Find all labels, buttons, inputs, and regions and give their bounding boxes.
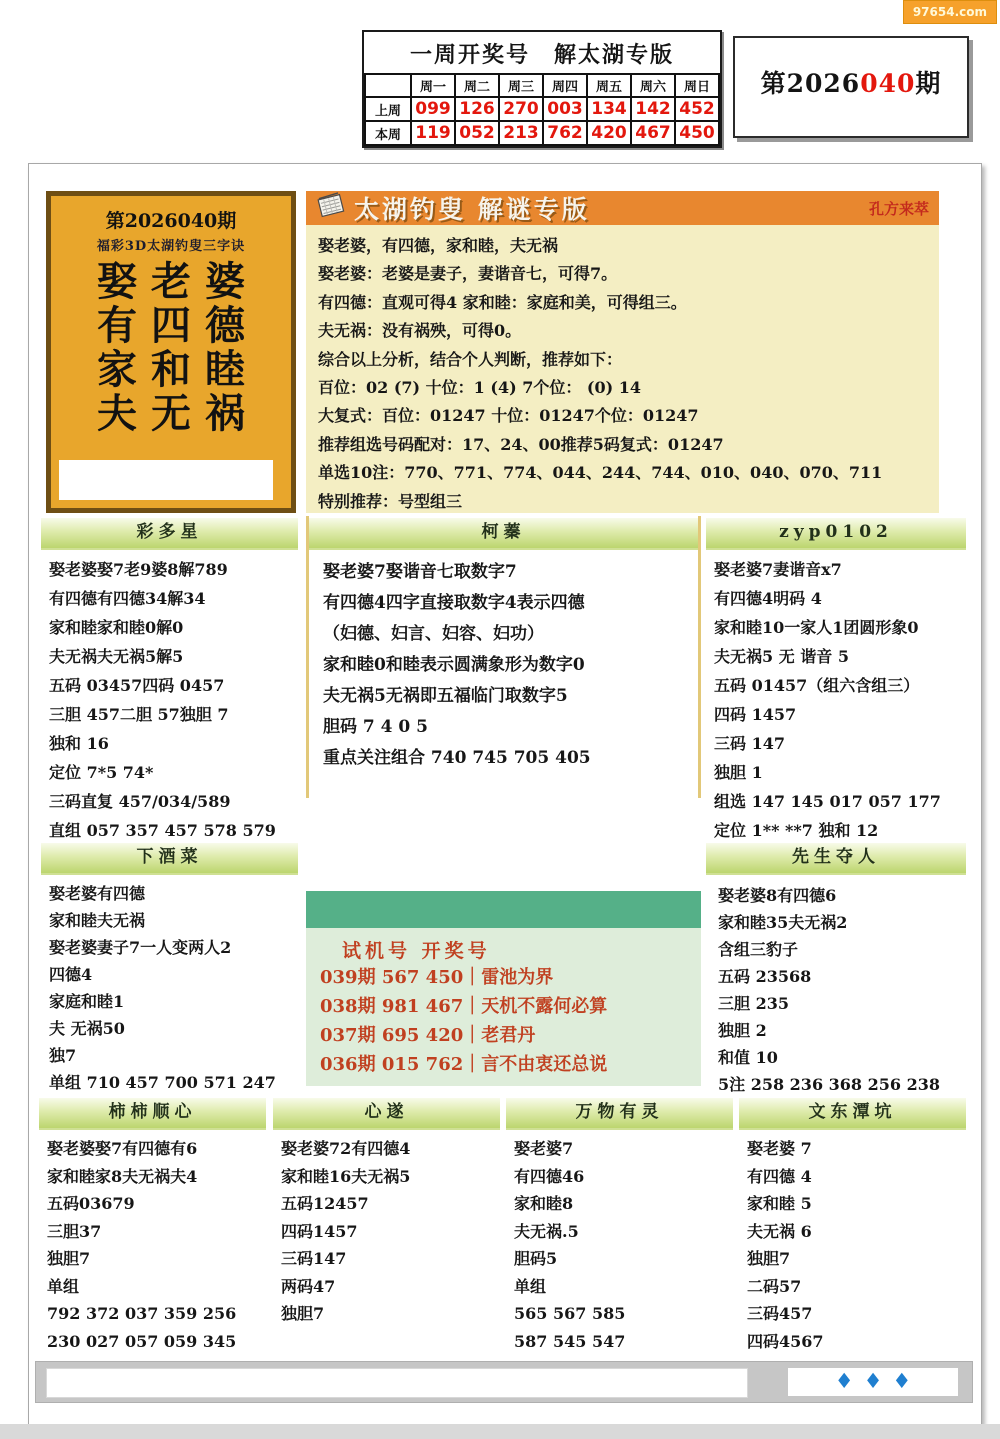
weekday-header: 周五	[587, 74, 631, 97]
section-header: 柿柿顺心	[39, 1096, 266, 1130]
text-line: 五码 01457（组六含组三）	[714, 671, 958, 700]
draw-number: 142	[631, 97, 675, 121]
text-line: 独胆 1	[714, 758, 958, 787]
section-header: 先生夺人	[706, 841, 966, 875]
text-line: 夫无祸.5	[514, 1218, 725, 1246]
diamond-icon: ♦	[835, 1369, 854, 1393]
text-line: 娶老婆7娶谐音七取数字7	[323, 557, 684, 588]
section-header: 万物有灵	[506, 1096, 733, 1130]
text-line: 胆码 7 4 0 5	[323, 712, 684, 743]
text-line: 单组 710 457 700 571 247	[49, 1069, 290, 1096]
text-line: 夫无祸夫无祸5解5	[49, 642, 290, 671]
trial-draw-box: 试机号 开奖号 039期 567 450｜雷池为界038期 981 467｜天机…	[306, 891, 701, 1086]
section-lines: 娶老婆8有四德6家和睦35夫无祸2含组三豹子五码 23568三胆 235独胆 2…	[706, 875, 966, 1098]
text-line: 037期 695 420｜老君丹	[320, 1021, 701, 1050]
row-label: 本周	[365, 121, 411, 145]
text-line: 有四德	[51, 304, 291, 348]
text-line: 推荐组选号码配对：17、24、00推荐5码复式：01247	[318, 431, 927, 459]
weekday-header: 周日	[675, 74, 719, 97]
text-line: 重点关注组合 740 745 705 405	[323, 743, 684, 774]
draw-number: 420	[587, 121, 631, 145]
text-line: 夫无祸5无祸即五福临门取数字5	[323, 681, 684, 712]
text-line: 四德4	[49, 961, 290, 988]
week-header-row: 周一 周二 周三 周四 周五 周六 周日	[365, 74, 719, 97]
section-header: 心遂	[273, 1096, 500, 1130]
section-header: 彩多星	[41, 516, 298, 550]
text-line: 036期 015 762｜言不由衷还总说	[320, 1050, 701, 1079]
text-line: 家和睦8	[514, 1190, 725, 1218]
draw-number: 450	[675, 121, 719, 145]
gold-issue: 第2026040期	[51, 206, 291, 233]
section-xiansheng: 先生夺人 娶老婆8有四德6家和睦35夫无祸2含组三豹子五码 23568三胆 23…	[706, 841, 966, 1089]
text-line: 夫无祸：没有祸殃，可得0。	[318, 317, 927, 345]
draw-number: 119	[411, 121, 455, 145]
text-line: 家和睦0和睦表示圆满象形为数字0	[323, 650, 684, 681]
issue-number-box: 第2026040期	[733, 36, 969, 138]
draw-number: 052	[455, 121, 499, 145]
analysis-header: 太湖钓叟 解谜专版 孔方来萃	[306, 191, 939, 225]
text-line: 娶老婆 7	[747, 1135, 958, 1163]
section-header: 柯蓁	[309, 516, 698, 550]
section-lines: 娶老婆娶7有四德有6家和睦家8夫无祸夫4五码03679三胆37独胆7单组792 …	[39, 1130, 266, 1355]
text-line: 单组	[47, 1273, 258, 1301]
text-line: 四码4567	[747, 1328, 958, 1356]
text-line: 家和睦10一家人1团圆形象0	[714, 613, 958, 642]
section-keqin: 柯蓁 娶老婆7娶谐音七取数字7有四德4四字直接取数字4表示四德（妇德、妇言、妇容…	[306, 516, 701, 798]
weekday-header: 周二	[455, 74, 499, 97]
section-zyp0102: zyp0102 娶老婆7妻谐音x7有四德4明码 4家和睦10一家人1团圆形象0夫…	[706, 516, 966, 841]
draw-number: 452	[675, 97, 719, 121]
text-line: 三码直复 457/034/589	[49, 787, 290, 816]
gold-verse-panel: 第2026040期 福彩3D太湖钓叟三字诀 娶老婆有四德家和睦夫无祸	[46, 191, 296, 513]
footer-bar: ♦♦♦	[35, 1361, 973, 1403]
site-badge-link[interactable]: 97654.com	[903, 0, 997, 24]
verse-lines: 娶老婆有四德家和睦夫无祸	[51, 260, 291, 436]
section-header: 文东潭坑	[739, 1096, 966, 1130]
text-line: 夫无祸5 无 谐音 5	[714, 642, 958, 671]
section-header: 下酒菜	[41, 841, 298, 875]
issue-number: 第2026040期	[735, 64, 967, 100]
text-line: 夫无祸 6	[747, 1218, 958, 1246]
draw-box-title: 试机号 开奖号	[342, 936, 701, 963]
text-line: 组选 147 145 017 057 177	[714, 787, 958, 816]
diamond-icon: ♦	[892, 1369, 911, 1393]
table-row: 本周 119 052 213 762 420 467 450	[365, 121, 719, 145]
text-line: 565 567 585	[514, 1300, 725, 1328]
comment-input[interactable]	[46, 1368, 748, 1398]
text-line: 039期 567 450｜雷池为界	[320, 963, 701, 992]
section-xiajiucai: 下酒菜 娶老婆有四德家和睦夫无祸娶老婆妻子7一人变两人2四德4家庭和睦1夫 无祸…	[41, 841, 298, 1089]
text-line: 家庭和睦1	[49, 988, 290, 1015]
section-lines: 娶老婆7妻谐音x7有四德4明码 4家和睦10一家人1团圆形象0夫无祸5 无 谐音…	[706, 550, 966, 845]
text-line: 有四德：直观可得4 家和睦：家庭和美，可得组三。	[318, 289, 927, 317]
text-line: 大复式：百位：01247 十位：01247个位：01247	[318, 402, 927, 430]
text-line: 独和 16	[49, 729, 290, 758]
text-line: 娶老婆8有四德6	[718, 882, 954, 909]
text-line: 娶老婆7妻谐音x7	[714, 555, 958, 584]
text-line: 娶老婆娶7有四德有6	[47, 1135, 258, 1163]
text-line: 夫无祸	[51, 392, 291, 436]
section-lines: 娶老婆娶7老9婆8解789有四德有四德34解34家和睦家和睦0解0夫无祸夫无祸5…	[41, 550, 298, 845]
row-label: 上周	[365, 97, 411, 121]
text-line: 家和睦 5	[747, 1190, 958, 1218]
text-line: 娶老婆娶7老9婆8解789	[49, 555, 290, 584]
text-line: 五码03679	[47, 1190, 258, 1218]
text-line: 娶老婆，有四德，家和睦，夫无祸	[318, 232, 927, 260]
weekly-results-box: 一周开奖号 解太湖专版 周一 周二 周三 周四 周五 周六 周日 上周 099 …	[362, 30, 722, 148]
text-line: 娶老婆有四德	[49, 880, 290, 907]
draw-history-rows: 039期 567 450｜雷池为界038期 981 467｜天机不露何必算037…	[320, 963, 701, 1079]
text-line: 娶老婆妻子7一人变两人2	[49, 934, 290, 961]
text-line: 五码 23568	[718, 963, 954, 990]
text-line: 三码 147	[714, 729, 958, 758]
draw-number: 126	[455, 97, 499, 121]
text-line: 三码147	[281, 1245, 492, 1273]
text-line: 有四德有四德34解34	[49, 584, 290, 613]
text-line: 有四德4四字直接取数字4表示四德	[323, 588, 684, 619]
section-xinsui: 心遂 娶老婆72有四德4家和睦16夫无祸5五码12457四码1457三码147两…	[273, 1096, 500, 1359]
weekday-header: 周四	[543, 74, 587, 97]
draw-number: 213	[499, 121, 543, 145]
text-line: 夫 无祸50	[49, 1015, 290, 1042]
gem-box: ♦♦♦	[788, 1368, 958, 1396]
text-line: 有四德46	[514, 1163, 725, 1191]
text-line: 特别推荐：号型组三	[318, 488, 927, 516]
draw-number: 762	[543, 121, 587, 145]
text-line: 两码47	[281, 1273, 492, 1301]
text-line: 定位 7*5 74*	[49, 758, 290, 787]
text-line: 独胆7	[47, 1245, 258, 1273]
text-line: 家和睦家和睦0解0	[49, 613, 290, 642]
text-line: 独胆7	[281, 1300, 492, 1328]
blank-answer-box	[59, 460, 273, 500]
text-line: 家和睦	[51, 348, 291, 392]
gold-subtitle: 福彩3D太湖钓叟三字诀	[51, 235, 291, 254]
text-line: 和值 10	[718, 1044, 954, 1071]
text-line: 家和睦16夫无祸5	[281, 1163, 492, 1191]
panel-title: 太湖钓叟 解谜专版	[354, 190, 590, 226]
section-caiduoxing: 彩多星 娶老婆娶7老9婆8解789有四德有四德34解34家和睦家和睦0解0夫无祸…	[41, 516, 298, 841]
section-lines: 娶老婆72有四德4家和睦16夫无祸5五码12457四码1457三码147两码47…	[273, 1130, 500, 1328]
text-line: 娶老婆7	[514, 1135, 725, 1163]
diamond-icon: ♦	[864, 1369, 883, 1393]
weekday-header: 周一	[411, 74, 455, 97]
draw-number: 270	[499, 97, 543, 121]
text-line: 三胆 457二胆 57独胆 7	[49, 700, 290, 729]
text-line: （妇德、妇言、妇容、妇功）	[323, 619, 684, 650]
section-shishishunxin: 柿柿顺心 娶老婆娶7有四德有6家和睦家8夫无祸夫4五码03679三胆37独胆7单…	[39, 1096, 266, 1359]
section-lines: 娶老婆有四德家和睦夫无祸娶老婆妻子7一人变两人2四德4家庭和睦1夫 无祸50独7…	[41, 875, 298, 1096]
text-line: 有四德 4	[747, 1163, 958, 1191]
text-line: 综合以上分析，结合个人判断，推荐如下：	[318, 346, 927, 374]
text-line: 娶老婆	[51, 260, 291, 304]
weekday-header: 周六	[631, 74, 675, 97]
text-line: 五码 03457四码 0457	[49, 671, 290, 700]
section-wendongtankeng: 文东潭坑 娶老婆 7有四德 4家和睦 5夫无祸 6独胆7二码57三码457四码4…	[739, 1096, 966, 1359]
text-line: 587 545 547	[514, 1328, 725, 1356]
corner-cell	[365, 74, 411, 97]
text-line: 家和睦35夫无祸2	[718, 909, 954, 936]
text-line: 娶老婆：老婆是妻子，妻谐音七，可得7。	[318, 260, 927, 288]
section-lines: 娶老婆 7有四德 4家和睦 5夫无祸 6独胆7二码57三码457四码4567	[739, 1130, 966, 1355]
text-line: 038期 981 467｜天机不露何必算	[320, 992, 701, 1021]
text-line: 5注 258 236 368 256 238	[718, 1071, 954, 1098]
analysis-lines: 娶老婆，有四德，家和睦，夫无祸娶老婆：老婆是妻子，妻谐音七，可得7。有四德：直观…	[306, 225, 939, 516]
text-line: 独胆 2	[718, 1017, 954, 1044]
text-line: 单选10注：770、771、774、044、244、744、010、040、07…	[318, 459, 927, 487]
draw-box-header-bar	[306, 891, 701, 928]
text-line: 三胆 235	[718, 990, 954, 1017]
draw-number: 134	[587, 97, 631, 121]
text-line: 单组	[514, 1273, 725, 1301]
draw-number: 003	[543, 97, 587, 121]
text-line: 792 372 037 359 256	[47, 1300, 258, 1328]
text-line: 有四德4明码 4	[714, 584, 958, 613]
text-line: 家和睦夫无祸	[49, 907, 290, 934]
content-frame: 第2026040期 福彩3D太湖钓叟三字诀 娶老婆有四德家和睦夫无祸	[28, 163, 982, 1425]
section-lines: 娶老婆7有四德46家和睦8夫无祸.5胆码5单组565 567 585587 54…	[506, 1130, 733, 1355]
panel-corner-label: 孔方来萃	[869, 198, 929, 219]
section-lines: 娶老婆7娶谐音七取数字7有四德4四字直接取数字4表示四德（妇德、妇言、妇容、妇功…	[309, 550, 698, 774]
text-line: 四码1457	[281, 1218, 492, 1246]
text-line: 三码457	[747, 1300, 958, 1328]
week-results-table: 周一 周二 周三 周四 周五 周六 周日 上周 099 126 270 003 …	[364, 73, 720, 146]
weekday-header: 周三	[499, 74, 543, 97]
bottom-strip	[0, 1424, 1000, 1439]
draw-number: 467	[631, 121, 675, 145]
text-line: 独7	[49, 1042, 290, 1069]
text-line: 四码 1457	[714, 700, 958, 729]
analysis-panel: 太湖钓叟 解谜专版 孔方来萃 娶老婆，有四德，家和睦，夫无祸娶老婆：老婆是妻子，…	[306, 191, 939, 513]
weekly-results-title: 一周开奖号 解太湖专版	[364, 32, 720, 73]
draw-number: 099	[411, 97, 455, 121]
text-line: 二码57	[747, 1273, 958, 1301]
text-line: 独胆7	[747, 1245, 958, 1273]
text-line: 五码12457	[281, 1190, 492, 1218]
section-wanwuyouling: 万物有灵 娶老婆7有四德46家和睦8夫无祸.5胆码5单组565 567 5855…	[506, 1096, 733, 1359]
text-line: 胆码5	[514, 1245, 725, 1273]
text-line: 含组三豹子	[718, 936, 954, 963]
section-header: zyp0102	[706, 516, 966, 550]
text-line: 百位：02 (7) 十位：1 (4) 7个位： (0) 14	[318, 374, 927, 402]
notepad-icon	[316, 192, 346, 224]
text-line: 娶老婆72有四德4	[281, 1135, 492, 1163]
text-line: 三胆37	[47, 1218, 258, 1246]
text-line: 家和睦家8夫无祸夫4	[47, 1163, 258, 1191]
text-line: 230 027 057 059 345	[47, 1328, 258, 1356]
table-row: 上周 099 126 270 003 134 142 452	[365, 97, 719, 121]
draw-box-body: 试机号 开奖号 039期 567 450｜雷池为界038期 981 467｜天机…	[306, 928, 701, 1086]
